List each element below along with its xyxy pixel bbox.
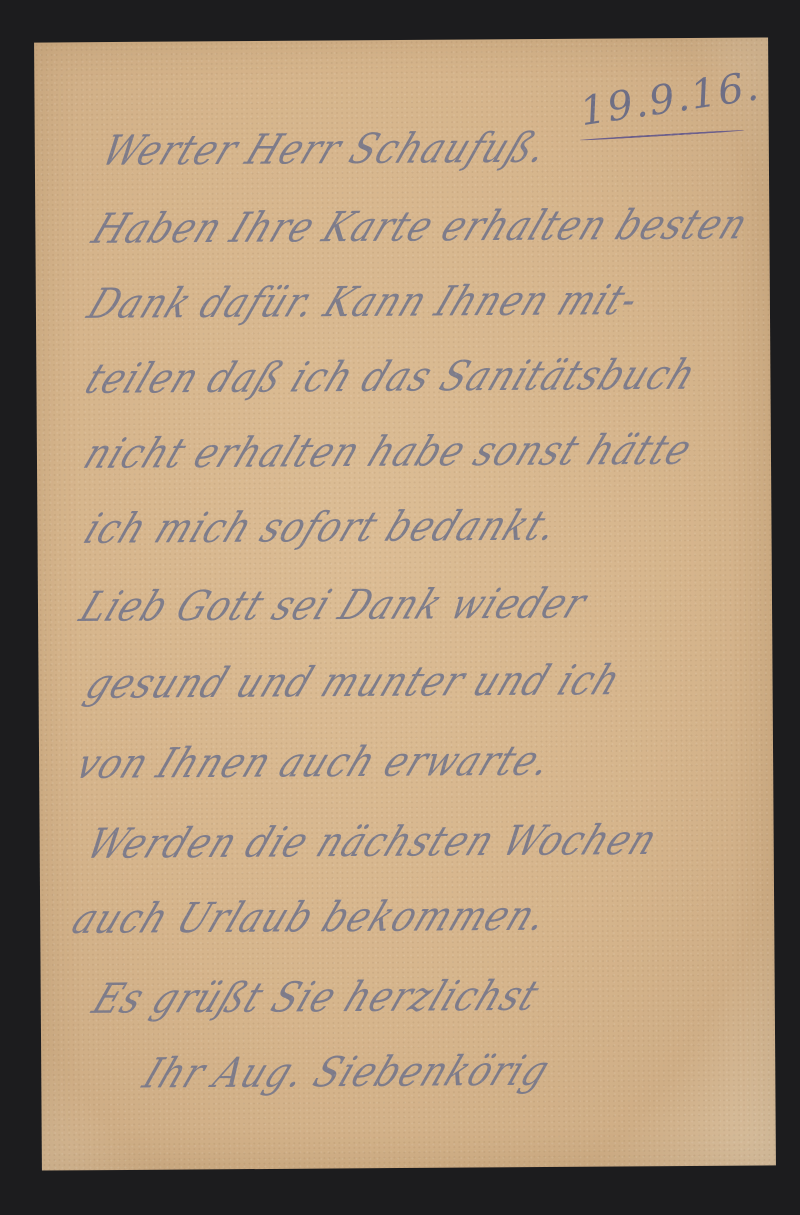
letter-line-4: teilen daß ich das Sanitätsbuch [79, 352, 703, 404]
letter-line-5: nicht erhalten habe sonst hätte [77, 427, 699, 478]
letter-line-3: Dank dafür. Kann Ihnen mit- [81, 277, 646, 328]
letter-line-10: Werden die nächsten Wochen [80, 817, 665, 868]
letter-line-7: Lieb Gott sei Dank wieder [73, 581, 593, 632]
letter-line-1: Werter Herr Schaufuß. [95, 125, 555, 175]
letter-signature: Ihr Aug. Siebenkörig [136, 1048, 556, 1098]
letter-line-6: ich mich sofort bedankt. [78, 503, 565, 554]
letter-date: 19.9.16. [577, 63, 763, 135]
letter-line-2: Haben Ihre Karte erhalten besten [86, 201, 756, 253]
letter-line-11: auch Urlaub bekommen. [65, 893, 554, 944]
letter-line-8: gesund und munter und ich [79, 657, 628, 708]
postcard: 19.9.16. Werter Herr Schaufuß. Haben Ihr… [34, 37, 776, 1170]
letter-line-12: Es grüßt Sie herzlichst [86, 973, 546, 1023]
letter-line-9: von Ihnen auch erwarte. [69, 738, 559, 789]
